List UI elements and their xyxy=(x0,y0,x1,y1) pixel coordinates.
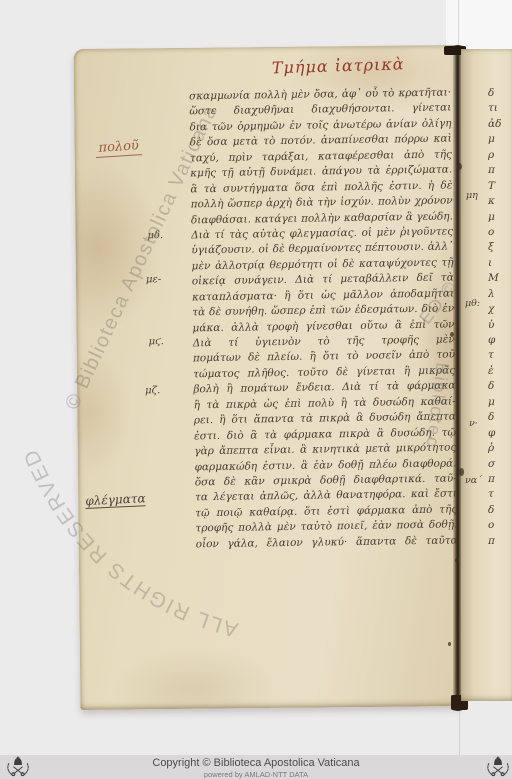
manuscript-text-line: οἷον γάλα, ἔλαιον γλυκύ· ἅπαντα δὲ ταῦτα xyxy=(196,533,458,552)
ink-speck xyxy=(455,558,459,563)
facing-line-fragment: μ xyxy=(488,210,512,225)
ink-speck xyxy=(459,468,464,476)
margin-note-ink: φλέγματα xyxy=(85,491,146,509)
ink-speck xyxy=(450,332,454,337)
margin-numeral-44: μδ. xyxy=(147,230,163,241)
facing-margin-numeral-48: μη xyxy=(466,190,478,201)
facing-line-fragment: δ xyxy=(488,379,512,394)
chapter-heading-red: Τμήμα ἰατρικὰ xyxy=(271,54,412,77)
facing-line-fragment: ο xyxy=(488,225,512,240)
facing-line-fragment: ῥ xyxy=(488,441,512,456)
facing-line-fragment: ξ xyxy=(488,240,512,255)
facing-margin-numeral-51: να΄ xyxy=(465,475,482,486)
margin-numeral-46: μϛ. xyxy=(149,336,164,347)
facing-line-fragment: τ xyxy=(488,487,512,502)
digitized-manuscript-viewer: Τμήμα ἰατρικὰ πολοῦ μδ. με- μϛ. μζ. φλέγ… xyxy=(0,0,512,779)
facing-line-fragment: μ xyxy=(488,395,512,410)
vatican-library-crest-icon xyxy=(485,756,511,778)
facing-line-fragment: μ xyxy=(488,132,512,147)
facing-line-fragment: σ xyxy=(488,457,512,472)
facing-line-fragment: ἀδ xyxy=(488,117,512,132)
ink-speck xyxy=(457,163,462,170)
facing-line-fragment: τι xyxy=(488,101,512,116)
facing-margin-numeral-50: ν· xyxy=(469,418,478,429)
facing-line-fragment: δ xyxy=(488,410,512,425)
margin-numeral-45: με- xyxy=(146,274,161,285)
page-seam-line xyxy=(458,0,459,49)
footer-copyright-text: Copyright © Biblioteca Apostolica Vatica… xyxy=(0,757,512,769)
facing-line-fragment: Τ xyxy=(488,179,512,194)
background-top-right xyxy=(446,0,512,49)
facing-margin-numeral-49: μθ: xyxy=(465,298,480,309)
facing-line-fragment: ἐ xyxy=(488,364,512,379)
ink-speck xyxy=(448,642,451,646)
viewer-footer-bar: Copyright © Biblioteca Apostolica Vatica… xyxy=(0,755,512,779)
facing-line-fragment: ι xyxy=(488,256,512,271)
facing-line-fragment: δ xyxy=(488,86,512,101)
facing-page-line-fragments: δτιἀδμρπΤκμοξιΜλχὑφτἐδμδφῥσπτδοπ xyxy=(488,86,512,549)
footer-powered-by-text: powered by AMLAD·NTT DATA xyxy=(0,770,512,779)
manuscript-text-block: σκαμμωνία πολλὴ μὲν ὅσα, ἀφ᾽ οὗ τὸ κρατῆ… xyxy=(189,85,458,552)
margin-numeral-47: μζ. xyxy=(145,385,160,396)
facing-line-fragment: ο xyxy=(488,518,512,533)
facing-line-fragment: λ xyxy=(488,287,512,302)
facing-line-fragment: Μ xyxy=(488,271,512,286)
facing-line-fragment: κ xyxy=(488,194,512,209)
facing-line-fragment: π xyxy=(488,534,512,549)
facing-line-fragment: ρ xyxy=(488,148,512,163)
facing-line-fragment: π xyxy=(488,472,512,487)
facing-line-fragment: τ xyxy=(488,348,512,363)
facing-line-fragment: δ xyxy=(488,503,512,518)
facing-line-fragment: π xyxy=(488,163,512,178)
facing-line-fragment: φ xyxy=(488,426,512,441)
facing-line-fragment: ὑ xyxy=(488,318,512,333)
facing-line-fragment: χ xyxy=(488,302,512,317)
facing-page-sliver: μη μθ: ν· να΄ δτιἀδμρπΤκμοξιΜλχὑφτἐδμδφῥ… xyxy=(461,49,512,701)
facing-line-fragment: φ xyxy=(488,333,512,348)
manuscript-page: Τμήμα ἰατρικὰ πολοῦ μδ. με- μϛ. μζ. φλέγ… xyxy=(74,45,461,710)
margin-note-red: πολοῦ xyxy=(95,138,142,158)
